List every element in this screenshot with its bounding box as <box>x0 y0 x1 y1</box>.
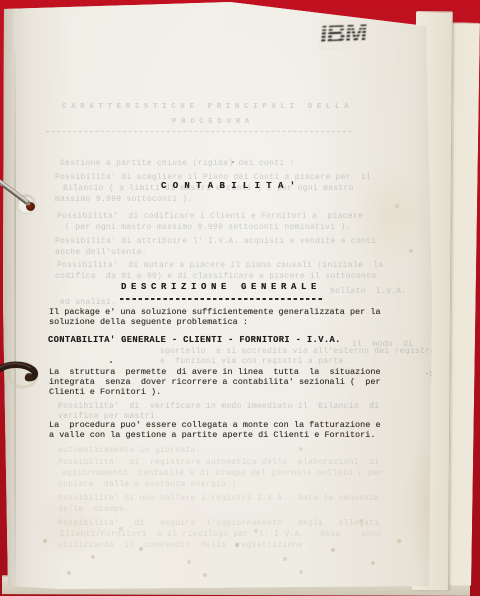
ibm-logo-stripes <box>319 17 386 51</box>
bleedthrough-text-line: Possibilita' di registrare automatica de… <box>58 458 379 467</box>
section-heading-underline <box>120 298 323 300</box>
page-left-shadow <box>0 6 14 590</box>
paper-speckles <box>0 0 2 2</box>
binder-ring-bottom <box>0 356 46 394</box>
paragraph-modules: CONTABILITA' GENERALE - CLIENTI - FORNIT… <box>48 336 341 346</box>
photo-of-binder-document: { "colors": { "binder_red": "#b30e1c", "… <box>0 0 480 596</box>
bleedthrough-text-line: automaticamente in giornata. <box>58 446 201 455</box>
bleedthrough-text-line: codifica da 01 a 99) e di classificare a… <box>55 272 376 281</box>
bleedthrough-text-line: Possibilita' di non bollare i registri I… <box>58 494 379 503</box>
bleedthrough-text-line: Gestione a partite chiuse (rigida) dei c… <box>60 159 295 168</box>
binder-ring-top <box>0 180 42 224</box>
bleedthrough-text-line: ( per ogni mastro massimo 9.999 sottocon… <box>65 223 351 232</box>
paragraph-structure: La struttura permette di avere in linea … <box>49 367 381 397</box>
bleedthrough-text-line: Possibilita' di attribuire l' I.V.A. acq… <box>55 237 376 246</box>
bleedthrough-text-line: utilizzando il contenuto della registraz… <box>58 541 313 550</box>
document-page: IBM CARATTERISTICHE PRINCIPALI DELLA PRO… <box>0 0 436 596</box>
bleedthrough-text-line: Bilancio ( a limiti di mastri e conti ) … <box>63 184 354 193</box>
bleedthrough-text-line: massimo 9.999 sottoconti ). <box>55 195 193 204</box>
bleedthrough-heading-line1: CARATTERISTICHE PRINCIPALI DELLA <box>62 103 353 111</box>
bleedthrough-text-line: delle stampe. <box>58 505 129 514</box>
bleedthrough-text-line: Possibilita' di mutare a piacere il pian… <box>57 261 383 270</box>
bleedthrough-text-line: Clienti/Fornitori e il riepilogo per l' … <box>60 530 381 539</box>
ibm-logo: IBM <box>319 17 386 51</box>
bleedthrough-heading-line2: PROCEDURA <box>172 118 254 126</box>
bleedthrough-text-line: anche dell'utente. <box>55 248 147 257</box>
paragraph-intro: Il package e' una soluzione sufficientem… <box>49 308 381 327</box>
bleedthrough-text-line: Possibilita' di seguire l'aggiornamento … <box>58 519 379 528</box>
bleedthrough-text-line: sportello e si accredita via all'esterno… <box>160 347 476 356</box>
page-crease-line <box>14 52 16 588</box>
bleedthrough-text-line: aggiornamento contabile e di stampa del … <box>62 469 383 478</box>
bleedthrough-text-line: Possibilita' di codificare i Clienti e F… <box>57 212 363 221</box>
bleedthrough-text-line: ed analisi. <box>60 298 116 307</box>
bleedthrough-text-line: Possibilita' di verificare in modo immed… <box>58 402 379 411</box>
paragraph-procedure: La procedura puo' essere collegata a mon… <box>49 421 381 441</box>
bleedthrough-text-line: Possibilita' di scegliere il Piano dei C… <box>55 173 371 182</box>
section-heading: DESCRIZIONE GENERALE <box>121 283 321 293</box>
bleedthrough-text-line: bollato I.V.A. <box>330 287 407 296</box>
bleedthrough-text-line: copiare dalla a sostanza energia ). <box>58 480 242 489</box>
bleedthrough-underline <box>46 131 354 132</box>
bleedthrough-text-line: e funzioni via con registri a parte. <box>160 357 349 366</box>
